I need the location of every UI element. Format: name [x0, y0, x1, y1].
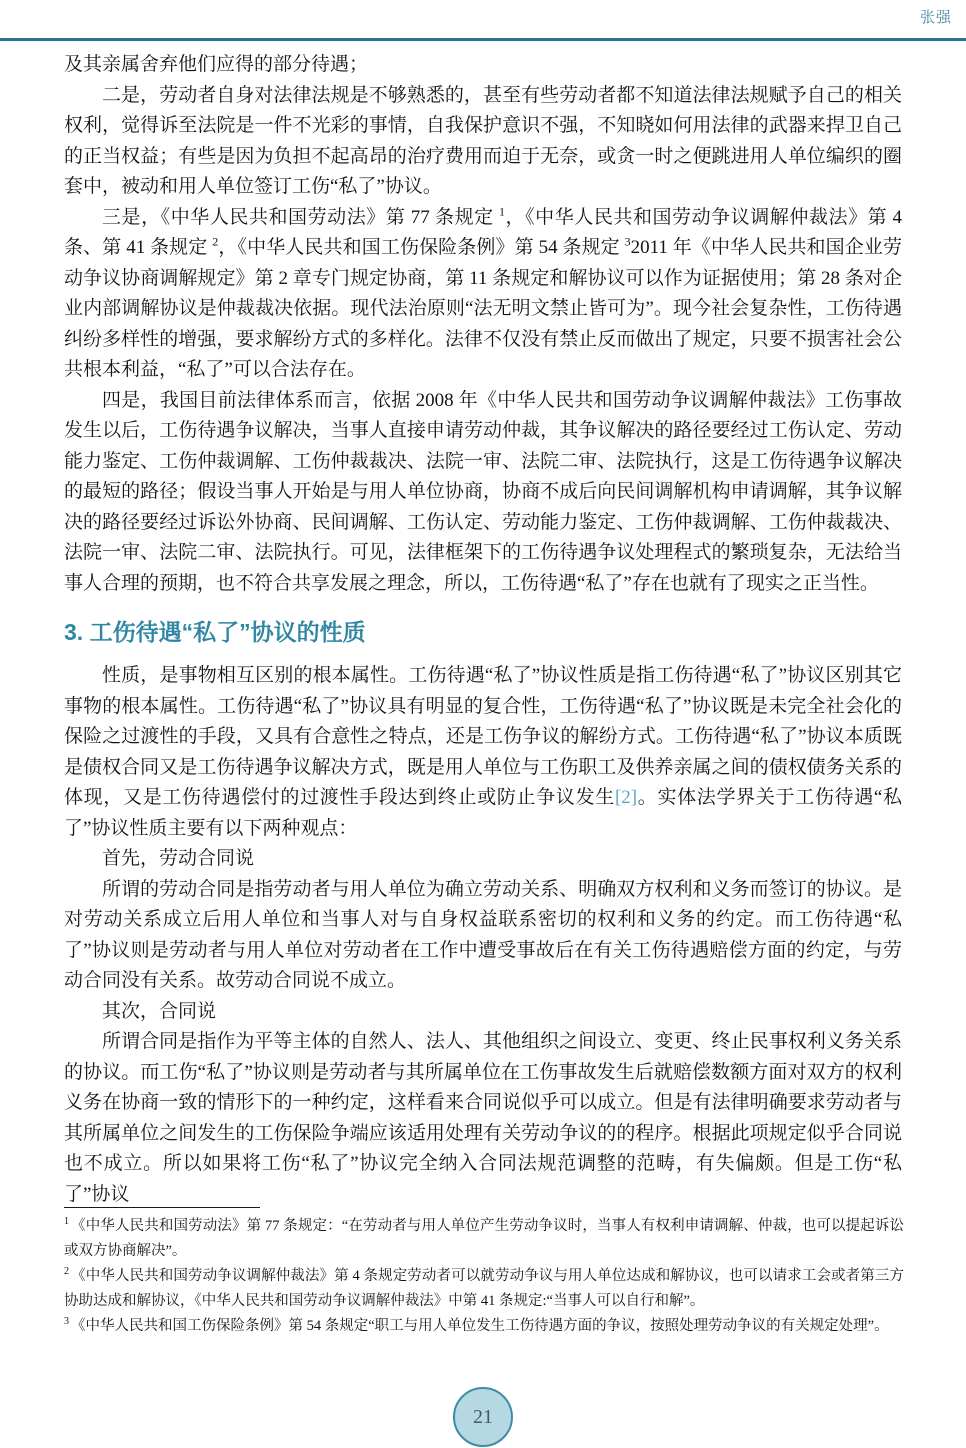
paragraph-third-point: 三是，《中华人民共和国劳动法》第 77 条规定 1，《中华人民共和国劳动争议调解… [64, 203, 902, 386]
paragraph-second-point: 二是，劳动者自身对法律法规是不够熟悉的，甚至有些劳动者都不知道法律法规赋予自己的… [64, 81, 902, 203]
document-body: 及其亲属舍弃他们应得的部分待遇； 二是，劳动者自身对法律法规是不够熟悉的，甚至有… [64, 50, 902, 1210]
page-header: 张强 [0, 0, 966, 42]
paragraph-contract-view: 所谓合同是指作为平等主体的自然人、法人、其他组织之间设立、变更、终止民事权利义务… [64, 1027, 902, 1210]
paragraph-fourth-point: 四是，我国目前法律体系而言，依据 2008 年《中华人民共和国劳动争议调解仲裁法… [64, 386, 902, 600]
footnote-marker-1: 1 [64, 1216, 69, 1227]
section-heading: 3. 工伤待遇“私了”协议的性质 [64, 616, 902, 648]
paragraph-continuation: 及其亲属舍弃他们应得的部分待遇； [64, 50, 902, 81]
footnote-marker-3: 3 [64, 1316, 69, 1327]
document-page: 张强 及其亲属舍弃他们应得的部分待遇； 二是，劳动者自身对法律法规是不够熟悉的，… [0, 0, 966, 1448]
paragraph-first-view-title: 首先，劳动合同说 [64, 844, 902, 875]
paragraph-text: 三是，《中华人民共和国劳动法》第 77 条规定 [102, 207, 494, 228]
paragraph-labor-contract-view: 所谓的劳动合同是指劳动者与用人单位为确立劳动关系、明确双方权利和义务而签订的协议… [64, 875, 902, 997]
page-number: 21 [473, 1406, 493, 1429]
footnotes-section: 1《中华人民共和国劳动法》第 77 条规定：“在劳动者与用人单位产生劳动争议时，… [64, 1207, 904, 1339]
footnote-text: 《中华人民共和国工伤保险条例》第 54 条规定“职工与用人单位发生工伤待遇方面的… [71, 1318, 889, 1334]
footnote-separator [64, 1207, 260, 1208]
footnote-text: 《中华人民共和国劳动争议调解仲裁法》第 4 条规定劳动者可以就劳动争议与用人单位… [64, 1268, 904, 1309]
paragraph-nature: 性质，是事物相互区别的根本属性。工伤待遇“私了”协议性质是指工伤待遇“私了”协议… [64, 661, 902, 844]
footnote-1: 1《中华人民共和国劳动法》第 77 条规定：“在劳动者与用人单位产生劳动争议时，… [64, 1214, 904, 1264]
author-name: 张强 [920, 6, 952, 27]
paragraph-text: 2011 年《中华人民共和国企业劳动争议协商调解规定》第 2 章专门规定协商，第… [64, 237, 902, 380]
footnote-text: 《中华人民共和国劳动法》第 77 条规定：“在劳动者与用人单位产生劳动争议时，当… [64, 1218, 904, 1259]
paragraph-text: ，《中华人民共和国工伤保险条例》第 54 条规定 [218, 237, 620, 258]
paragraph-second-view-title: 其次，合同说 [64, 997, 902, 1028]
header-rule [0, 38, 966, 41]
citation-link-2[interactable]: [2] [615, 787, 637, 808]
page-number-badge: 21 [453, 1387, 513, 1447]
footnote-3: 3《中华人民共和国工伤保险条例》第 54 条规定“职工与用人单位发生工伤待遇方面… [64, 1314, 904, 1339]
footnote-marker-2: 2 [64, 1266, 69, 1277]
footnote-2: 2《中华人民共和国劳动争议调解仲裁法》第 4 条规定劳动者可以就劳动争议与用人单… [64, 1264, 904, 1314]
